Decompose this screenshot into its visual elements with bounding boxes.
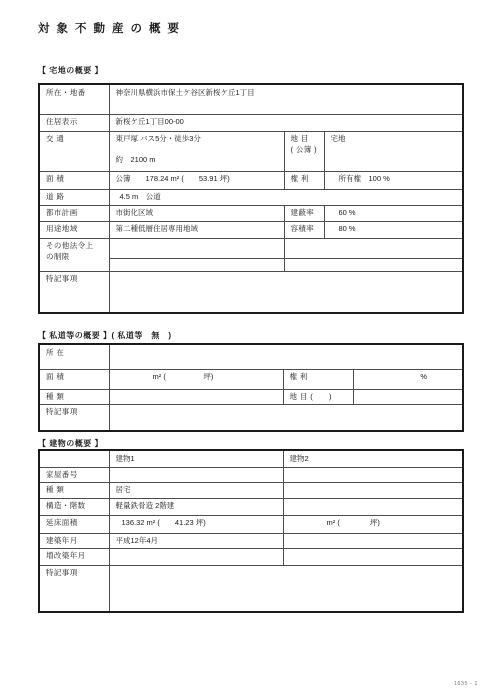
land-category-label-line2: ( 公簿 ) [291, 145, 321, 156]
table-row: 特記事項 [39, 271, 463, 313]
land-table: 所在・地番 神奈川県横浜市保土ケ谷区新桜ケ丘1丁目 住居表示 新桜ケ丘1丁目00… [38, 83, 464, 314]
land-other-restrictions-value-2b [284, 258, 463, 271]
building-table: 建物1 建物2 家屋番号 種 類 居宅 構造・階数 軽量鉄骨造 2階建 延床面積… [38, 449, 464, 613]
private-road-location-label: 所 在 [39, 344, 109, 369]
private-road-type-label: 種 類 [39, 389, 109, 404]
building-house-number-label: 家屋番号 [39, 467, 109, 482]
table-row: 建物1 建物2 [39, 450, 463, 467]
building-floor-area-label: 延床面積 [39, 515, 109, 533]
land-floor-area-ratio-label: 容積率 [284, 221, 324, 238]
private-road-notes-label: 特記事項 [39, 404, 109, 431]
building-1-house-number-value [109, 467, 283, 482]
private-road-area-label: 面 積 [39, 369, 109, 389]
building-header-empty-cell [39, 450, 109, 467]
land-zoning-value: 第二種低層住居専用地域 [109, 221, 284, 238]
building-2-built-date-value [283, 533, 463, 548]
table-row: その他法令上 の制限 [39, 238, 463, 258]
land-area-label: 面 積 [39, 171, 109, 189]
land-city-planning-value: 市街化区域 [109, 205, 284, 221]
building-notes-value [109, 565, 463, 612]
land-other-restrictions-value-1 [109, 238, 284, 258]
land-road-label: 道 路 [39, 189, 109, 205]
land-other-restrictions-label-line2: の制限 [46, 252, 106, 263]
private-road-notes-value [109, 404, 463, 431]
building-2-renovation-date-value [283, 548, 463, 565]
building-type-label: 種 類 [39, 482, 109, 498]
page-title: 対象不動産の概要 [38, 20, 186, 36]
table-row: 構造・階数 軽量鉄骨造 2階建 [39, 498, 463, 515]
land-notes-label: 特記事項 [39, 271, 109, 313]
private-road-type-value [109, 389, 283, 404]
land-category-label: 地 目 ( 公簿 ) [284, 131, 324, 171]
building-notes-label: 特記事項 [39, 565, 109, 612]
building-2-house-number-value [283, 467, 463, 482]
private-road-rights-label: 権 利 [283, 369, 353, 389]
table-row: 面 積 公簿 178.24 m² ( 53.91 坪) 権 利 所有権 100 … [39, 171, 463, 189]
building-structure-label: 構造・階数 [39, 498, 109, 515]
land-address-label: 住居表示 [39, 114, 109, 131]
table-row: 用途地域 第二種低層住居専用地域 容積率 80 % [39, 221, 463, 238]
building-1-built-date-value: 平成12年4月 [109, 533, 283, 548]
private-road-rights-value: % [353, 369, 463, 389]
building-1-renovation-date-value [109, 548, 283, 565]
land-coverage-ratio-value: 60 % [324, 205, 463, 221]
land-category-label-line1: 地 目 [291, 134, 321, 145]
table-row: 種 類 地 目 ( ) [39, 389, 463, 404]
building-2-floor-area-value: m² ( 坪) [283, 515, 463, 533]
land-address-value: 新桜ケ丘1丁目00-00 [109, 114, 463, 131]
table-row: 延床面積 136.32 m² ( 41.23 坪) m² ( 坪) [39, 515, 463, 533]
land-section-heading: 【 宅地の概要 】 [38, 65, 103, 76]
table-row: 特記事項 [39, 404, 463, 431]
table-row: 特記事項 [39, 565, 463, 612]
building-renovation-date-label: 増改築年月 [39, 548, 109, 565]
building-section-heading: 【 建物の概要 】 [38, 438, 103, 449]
land-area-value: 公簿 178.24 m² ( 53.91 坪) [109, 171, 284, 189]
private-road-location-value [109, 344, 463, 369]
table-row: 面 積 m² ( 坪) 権 利 % [39, 369, 463, 389]
land-notes-value [109, 271, 463, 313]
table-row: 交 通 東戸塚 バス5分・徒歩3分 約 2100 m 地 目 ( 公簿 ) 宅地 [39, 131, 463, 171]
building-1-floor-area-value: 136.32 m² ( 41.23 坪) [109, 515, 283, 533]
land-transport-value: 東戸塚 バス5分・徒歩3分 約 2100 m [109, 131, 284, 171]
land-other-restrictions-value-1b [284, 238, 463, 258]
land-location-label: 所在・地番 [39, 84, 109, 114]
building-1-type-value: 居宅 [109, 482, 283, 498]
property-overview-page: 対象不動産の概要 【 宅地の概要 】 所在・地番 神奈川県横浜市保土ケ谷区新桜ケ… [0, 0, 495, 700]
table-row: 種 類 居宅 [39, 482, 463, 498]
land-road-value: 4.5 m 公道 [109, 189, 463, 205]
building-2-structure-value [283, 498, 463, 515]
page-number: 1635 - 1 [454, 681, 478, 687]
table-row: 住居表示 新桜ケ丘1丁目00-00 [39, 114, 463, 131]
building-1-structure-value: 軽量鉄骨造 2階建 [109, 498, 283, 515]
land-floor-area-ratio-value: 80 % [324, 221, 463, 238]
building-built-date-label: 建築年月 [39, 533, 109, 548]
private-road-category-value [353, 389, 463, 404]
table-row: 所 在 [39, 344, 463, 369]
table-row: 都市計画 市街化区域 建蔽率 60 % [39, 205, 463, 221]
building-2-type-value [283, 482, 463, 498]
land-transport-line1: 東戸塚 バス5分・徒歩3分 [116, 134, 281, 145]
land-rights-label: 権 利 [284, 171, 324, 189]
land-transport-label: 交 通 [39, 131, 109, 171]
table-row: 所在・地番 神奈川県横浜市保土ケ谷区新桜ケ丘1丁目 [39, 84, 463, 114]
land-other-restrictions-label: その他法令上 の制限 [39, 238, 109, 271]
land-rights-value: 所有権 100 % [324, 171, 463, 189]
table-row: 道 路 4.5 m 公道 [39, 189, 463, 205]
table-row: 増改築年月 [39, 548, 463, 565]
land-other-restrictions-value-2 [109, 258, 284, 271]
private-road-category-label: 地 目 ( ) [283, 389, 353, 404]
land-location-value: 神奈川県横浜市保土ケ谷区新桜ケ丘1丁目 [109, 84, 463, 114]
private-road-section-heading: 【 私道等の概要 】( 私道等 無 ) [38, 330, 172, 341]
land-coverage-ratio-label: 建蔽率 [284, 205, 324, 221]
land-category-value: 宅地 [324, 131, 463, 171]
private-road-area-value: m² ( 坪) [109, 369, 283, 389]
land-city-planning-label: 都市計画 [39, 205, 109, 221]
table-row: 家屋番号 [39, 467, 463, 482]
table-row: 建築年月 平成12年4月 [39, 533, 463, 548]
private-road-table: 所 在 面 積 m² ( 坪) 権 利 % 種 類 地 目 ( ) 特記事項 [38, 343, 464, 432]
land-zoning-label: 用途地域 [39, 221, 109, 238]
land-transport-line2: 約 2100 m [116, 155, 281, 166]
land-other-restrictions-label-line1: その他法令上 [46, 241, 106, 252]
building-1-column-header: 建物1 [109, 450, 283, 467]
building-2-column-header: 建物2 [283, 450, 463, 467]
